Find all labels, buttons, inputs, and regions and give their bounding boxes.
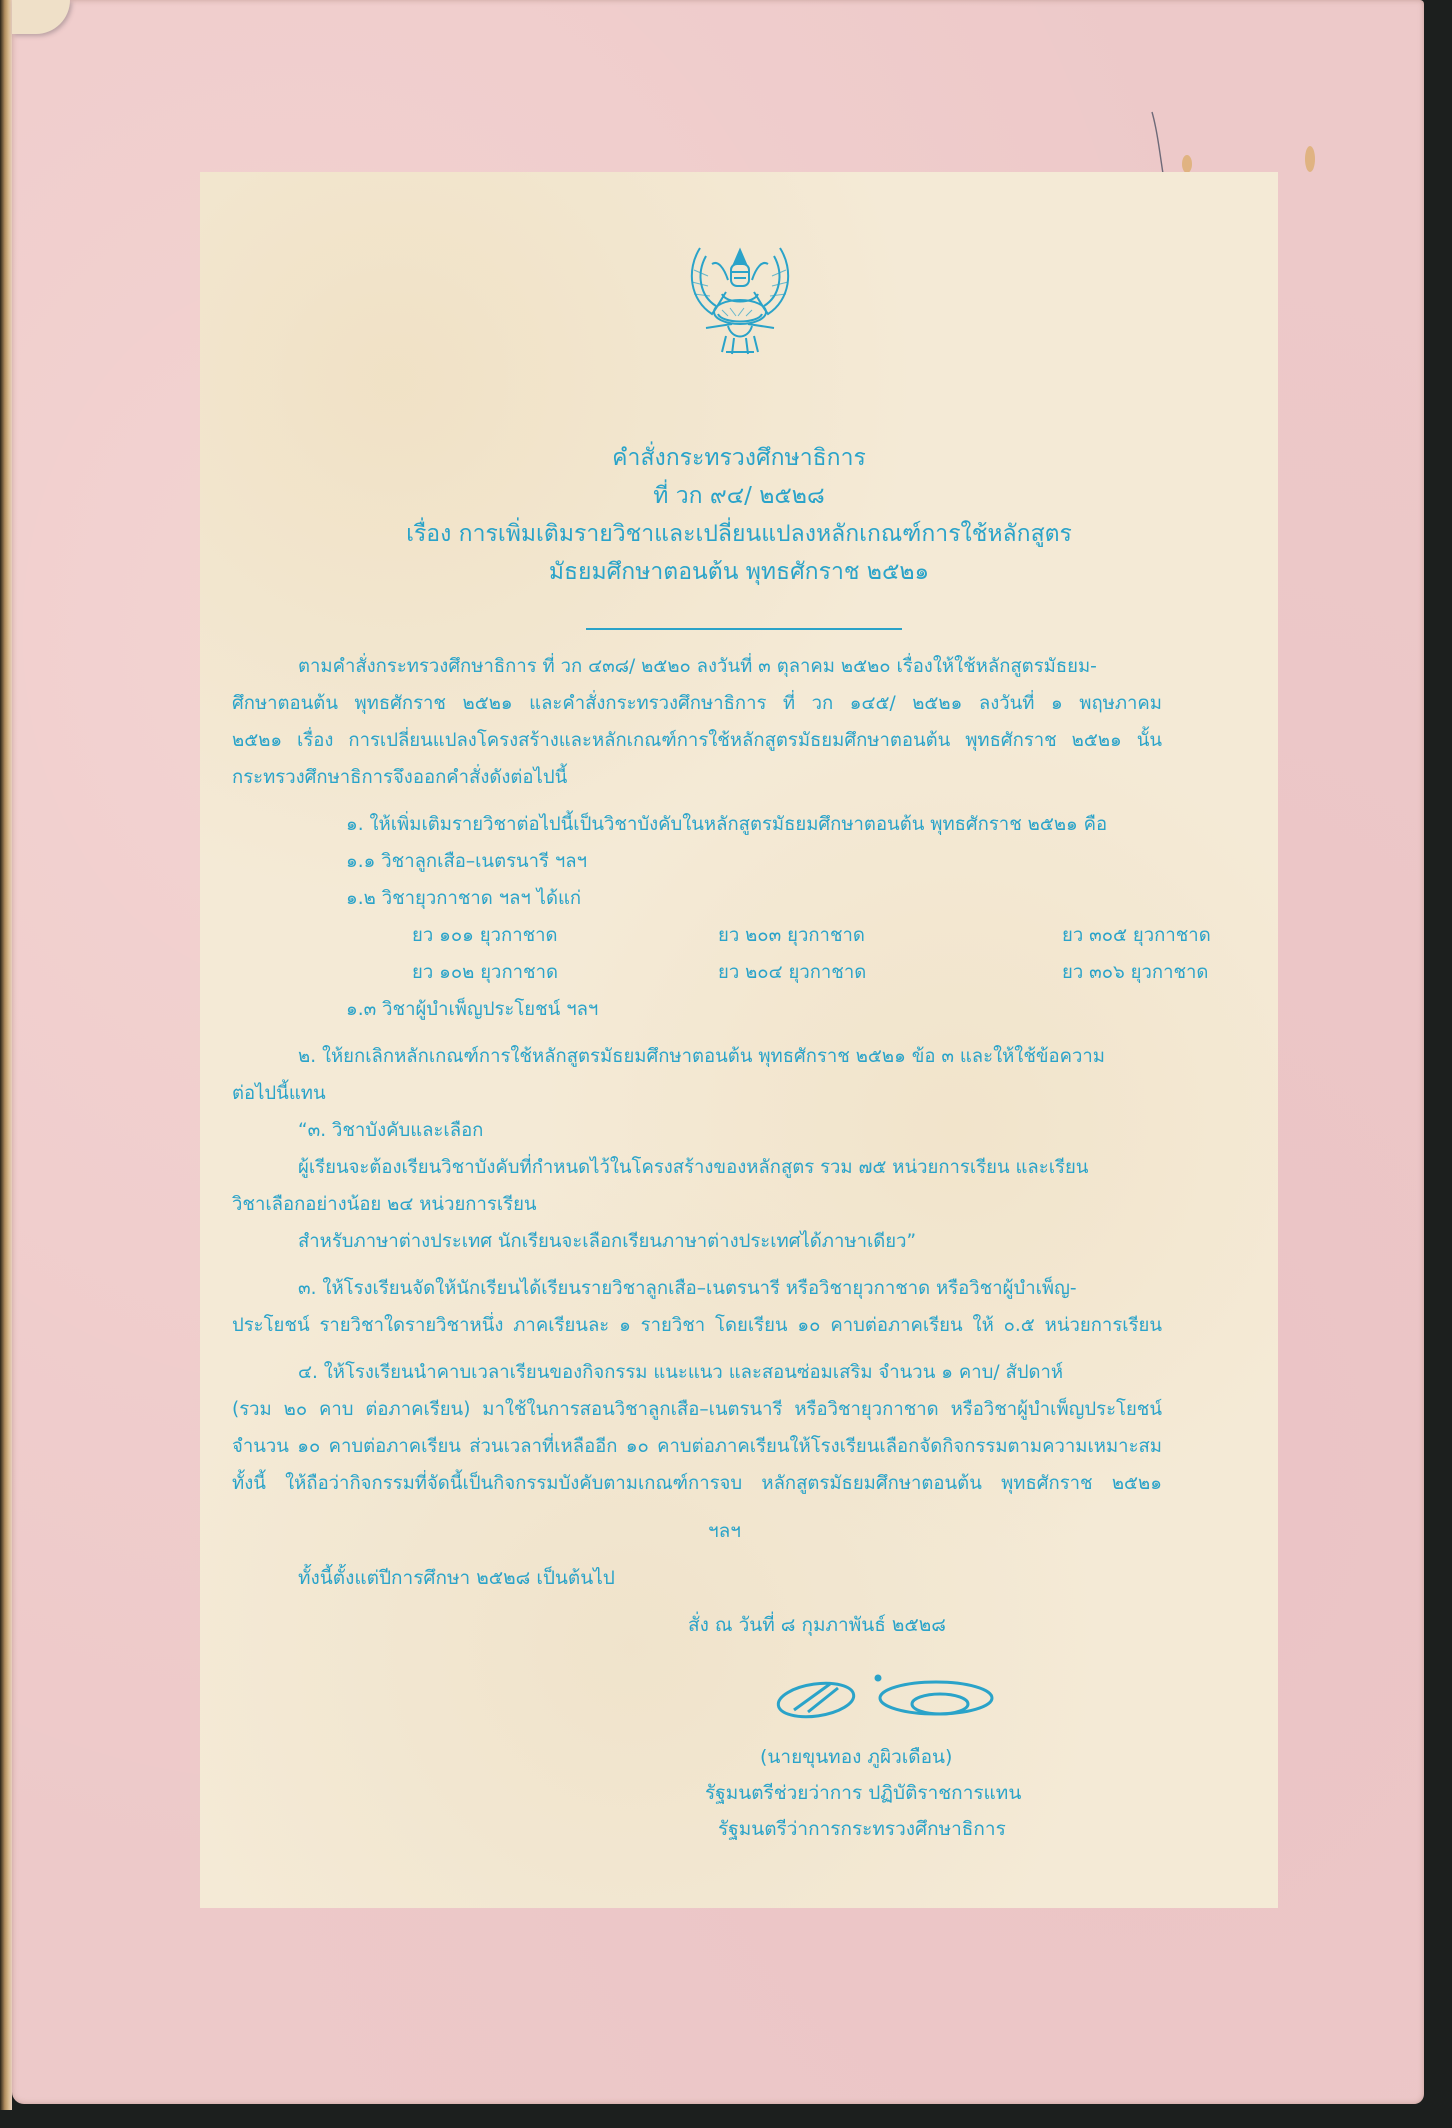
item-4-continued: จำนวน ๑๐ คาบต่อภาคเรียน ส่วนเวลาที่เหลือ…: [232, 1434, 1162, 1460]
stain: [1182, 155, 1192, 173]
book-spine-edge: [0, 0, 12, 2110]
signatory-title: รัฐมนตรีช่วยว่าการ ปฏิบัติราชการแทน: [705, 1780, 1021, 1806]
quote-title: “๓. วิชาบังคับและเลือก: [298, 1118, 483, 1144]
item-1-1: ๑.๑ วิชาลูกเสือ–เนตรนารี ฯลฯ: [346, 849, 587, 875]
item-1: ๑. ให้เพิ่มเติมรายวิชาต่อไปนี้เป็นวิชาบั…: [346, 812, 1107, 838]
item-1-3: ๑.๓ วิชาผู้บำเพ็ญประโยชน์ ฯลฯ: [346, 997, 598, 1023]
course-item: ยว ๒๐๓ ยุวกาชาด: [718, 923, 865, 949]
order-subject: เรื่อง การเพิ่มเติมรายวิชาและเปลี่ยนแปลง…: [200, 518, 1278, 551]
item-4-continued: (รวม ๒๐ คาบ ต่อภาคเรียน) มาใช้ในการสอนวิ…: [232, 1397, 1162, 1423]
preamble-line: กระทรวงศึกษาธิการจึงออกคำสั่งดังต่อไปนี้: [232, 765, 567, 791]
order-document-panel: คำสั่งกระทรวงศึกษาธิการ ที่ วก ๙๔/ ๒๕๒๘ …: [200, 172, 1278, 1908]
course-item: ยว ๒๐๔ ยุวกาชาด: [718, 960, 866, 986]
signatory-name: (นายขุนทอง ภูผิวเดือน): [760, 1744, 952, 1770]
item-2-continued: ต่อไปนี้แทน: [232, 1081, 326, 1107]
signature-icon: [772, 1668, 998, 1724]
course-item: ยว ๓๐๖ ยุวกาชาด: [1062, 960, 1208, 986]
preamble-line: ตามคำสั่งกระทรวงศึกษาธิการ ที่ วก ๔๓๘/ ๒…: [298, 654, 1130, 680]
garuda-emblem-icon: [682, 240, 798, 360]
item-4-continued: ทั้งนี้ ให้ถือว่ากิจกรรมที่จัดนี้เป็นกิจ…: [232, 1471, 1162, 1497]
item-3: ๓. ให้โรงเรียนจัดให้นักเรียนได้เรียนรายว…: [298, 1276, 1130, 1302]
stain: [1305, 146, 1315, 172]
preamble-line: ๒๕๒๑ เรื่อง การเปลี่ยนแปลงโครงสร้างและหล…: [232, 728, 1162, 754]
signatory-title-continued: รัฐมนตรีว่าการกระทรวงศึกษาธิการ: [718, 1816, 1006, 1842]
issue-date: สั่ง ณ วันที่ ๘ กุมภาพันธ์ ๒๕๒๘: [688, 1612, 946, 1638]
quote-paragraph-2: สำหรับภาษาต่างประเทศ นักเรียนจะเลือกเรีย…: [298, 1229, 916, 1255]
course-item: ยว ๓๐๕ ยุวกาชาด: [1062, 923, 1211, 949]
quote-paragraph-continued: วิชาเลือกอย่างน้อย ๒๔ หน่วยการเรียน: [232, 1192, 537, 1218]
title-divider: [586, 628, 902, 630]
effective-date: ทั้งนี้ตั้งแต่ปีการศึกษา ๒๕๒๘ เป็นต้นไป: [298, 1565, 615, 1591]
course-item: ยว ๑๐๑ ยุวกาชาด: [412, 923, 558, 949]
etc-marker: ฯลฯ: [708, 1518, 741, 1544]
order-subject-continued: มัธยมศึกษาตอนต้น พุทธศักราช ๒๕๒๑: [200, 556, 1278, 589]
quote-paragraph: ผู้เรียนจะต้องเรียนวิชาบังคับที่กำหนดไว้…: [298, 1155, 1130, 1181]
item-1-2: ๑.๒ วิชายุวกาชาด ฯลฯ ได้แก่: [346, 886, 581, 912]
order-title: คำสั่งกระทรวงศึกษาธิการ: [200, 442, 1278, 475]
item-3-continued: ประโยชน์ รายวิชาใดรายวิชาหนึ่ง ภาคเรียนล…: [232, 1313, 1162, 1339]
order-number: ที่ วก ๙๔/ ๒๕๒๘: [200, 480, 1278, 513]
item-2: ๒. ให้ยกเลิกหลักเกณฑ์การใช้หลักสูตรมัธยม…: [298, 1044, 1130, 1070]
preamble-line: ศึกษาตอนต้น พุทธศักราช ๒๕๒๑ และคำสั่งกระ…: [232, 691, 1162, 717]
item-4: ๔. ให้โรงเรียนนำคาบเวลาเรียนของกิจกรรม แ…: [298, 1360, 1130, 1386]
course-item: ยว ๑๐๒ ยุวกาชาด: [412, 960, 558, 986]
